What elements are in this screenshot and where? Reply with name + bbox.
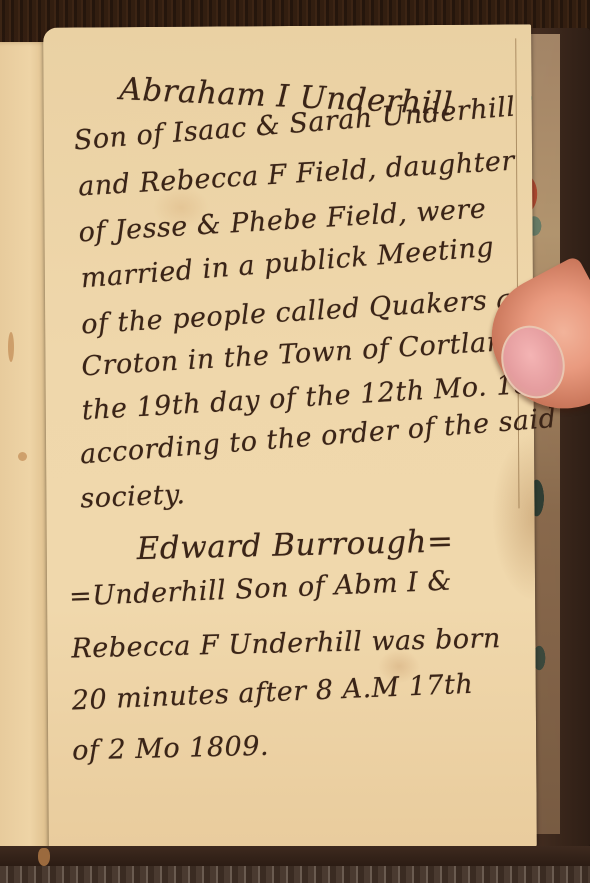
entry-line: Rebecca F Underhill was born <box>71 623 501 664</box>
book-cover-bottom-edge <box>0 846 590 868</box>
page-fold-line <box>515 38 519 508</box>
manuscript-page: Abraham I Underhill Son of Isaac & Sarah… <box>43 24 537 849</box>
entry-line: 20 minutes after 8 A.M 17th <box>71 669 474 717</box>
handwritten-record: Abraham I Underhill Son of Isaac & Sarah… <box>57 38 511 41</box>
foxing-stain <box>18 452 27 461</box>
photograph: Abraham I Underhill Son of Isaac & Sarah… <box>0 0 590 883</box>
entry-line: and Rebecca F Field, daughter <box>77 146 515 203</box>
book-clasp <box>38 848 50 866</box>
table-edge <box>0 866 590 883</box>
entry-line: of 2 Mo 1809. <box>72 731 270 767</box>
entry-line: society. <box>80 479 186 514</box>
entry-heading: Edward Burrough= <box>136 523 454 567</box>
foxing-stain <box>8 332 14 362</box>
entry-line: =Underhill Son of Abm I & <box>68 566 452 613</box>
